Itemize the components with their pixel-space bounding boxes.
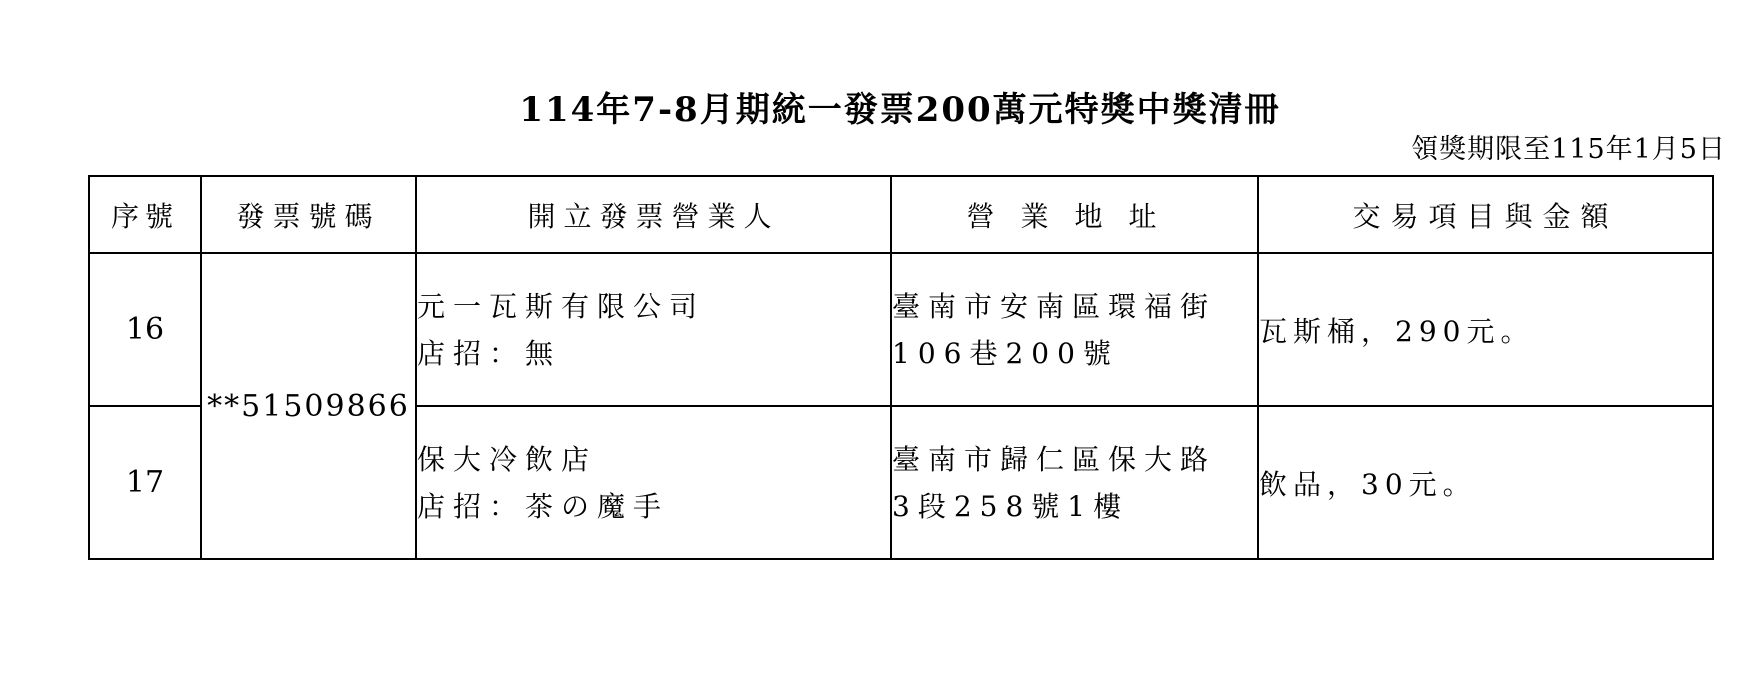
col-header-address: 營業地址 bbox=[891, 176, 1258, 253]
business-cell: 元一瓦斯有限公司 店招：無 bbox=[416, 253, 891, 406]
address-line-1: 臺南市安南區環福街 bbox=[892, 283, 1257, 330]
table-header-row: 序號 發票號碼 開立發票營業人 營業地址 交易項目與金額 bbox=[89, 176, 1713, 253]
transaction-cell: 瓦斯桶，290元。 bbox=[1258, 253, 1713, 406]
seq-cell: 16 bbox=[89, 253, 201, 406]
col-header-invoice-number: 發票號碼 bbox=[201, 176, 416, 253]
shop-sign-line: 店招：無 bbox=[417, 330, 890, 377]
col-header-business: 開立發票營業人 bbox=[416, 176, 891, 253]
col-header-seq: 序號 bbox=[89, 176, 201, 253]
business-name-line: 元一瓦斯有限公司 bbox=[417, 283, 890, 330]
seq-cell: 17 bbox=[89, 406, 201, 559]
address-cell: 臺南市安南區環福街 106巷200號 bbox=[891, 253, 1258, 406]
claim-deadline-note: 領獎期限至115年1月5日 bbox=[1411, 127, 1726, 166]
invoice-number-cell: **51509866 bbox=[201, 253, 416, 559]
address-line-1: 臺南市歸仁區保大路 bbox=[892, 436, 1257, 483]
col-header-transaction: 交易項目與金額 bbox=[1258, 176, 1713, 253]
table-row-16: 16 **51509866 元一瓦斯有限公司 店招：無 臺南市安南區環福街 10… bbox=[89, 253, 1713, 406]
business-name-line: 保大冷飲店 bbox=[417, 436, 890, 483]
winners-table: 序號 發票號碼 開立發票營業人 營業地址 交易項目與金額 16 **515098… bbox=[88, 175, 1714, 560]
document-title: 114年7-8月期統一發票200萬元特獎中獎清冊 bbox=[88, 82, 1712, 131]
address-cell: 臺南市歸仁區保大路 3段258號1樓 bbox=[891, 406, 1258, 559]
shop-sign-line: 店招：茶の魔手 bbox=[417, 483, 890, 530]
transaction-cell: 飲品，30元。 bbox=[1258, 406, 1713, 559]
business-cell: 保大冷飲店 店招：茶の魔手 bbox=[416, 406, 891, 559]
document-page: 114年7-8月期統一發票200萬元特獎中獎清冊 領獎期限至115年1月5日 序… bbox=[0, 0, 1755, 678]
address-line-2: 106巷200號 bbox=[892, 330, 1257, 377]
address-line-2: 3段258號1樓 bbox=[892, 483, 1257, 530]
